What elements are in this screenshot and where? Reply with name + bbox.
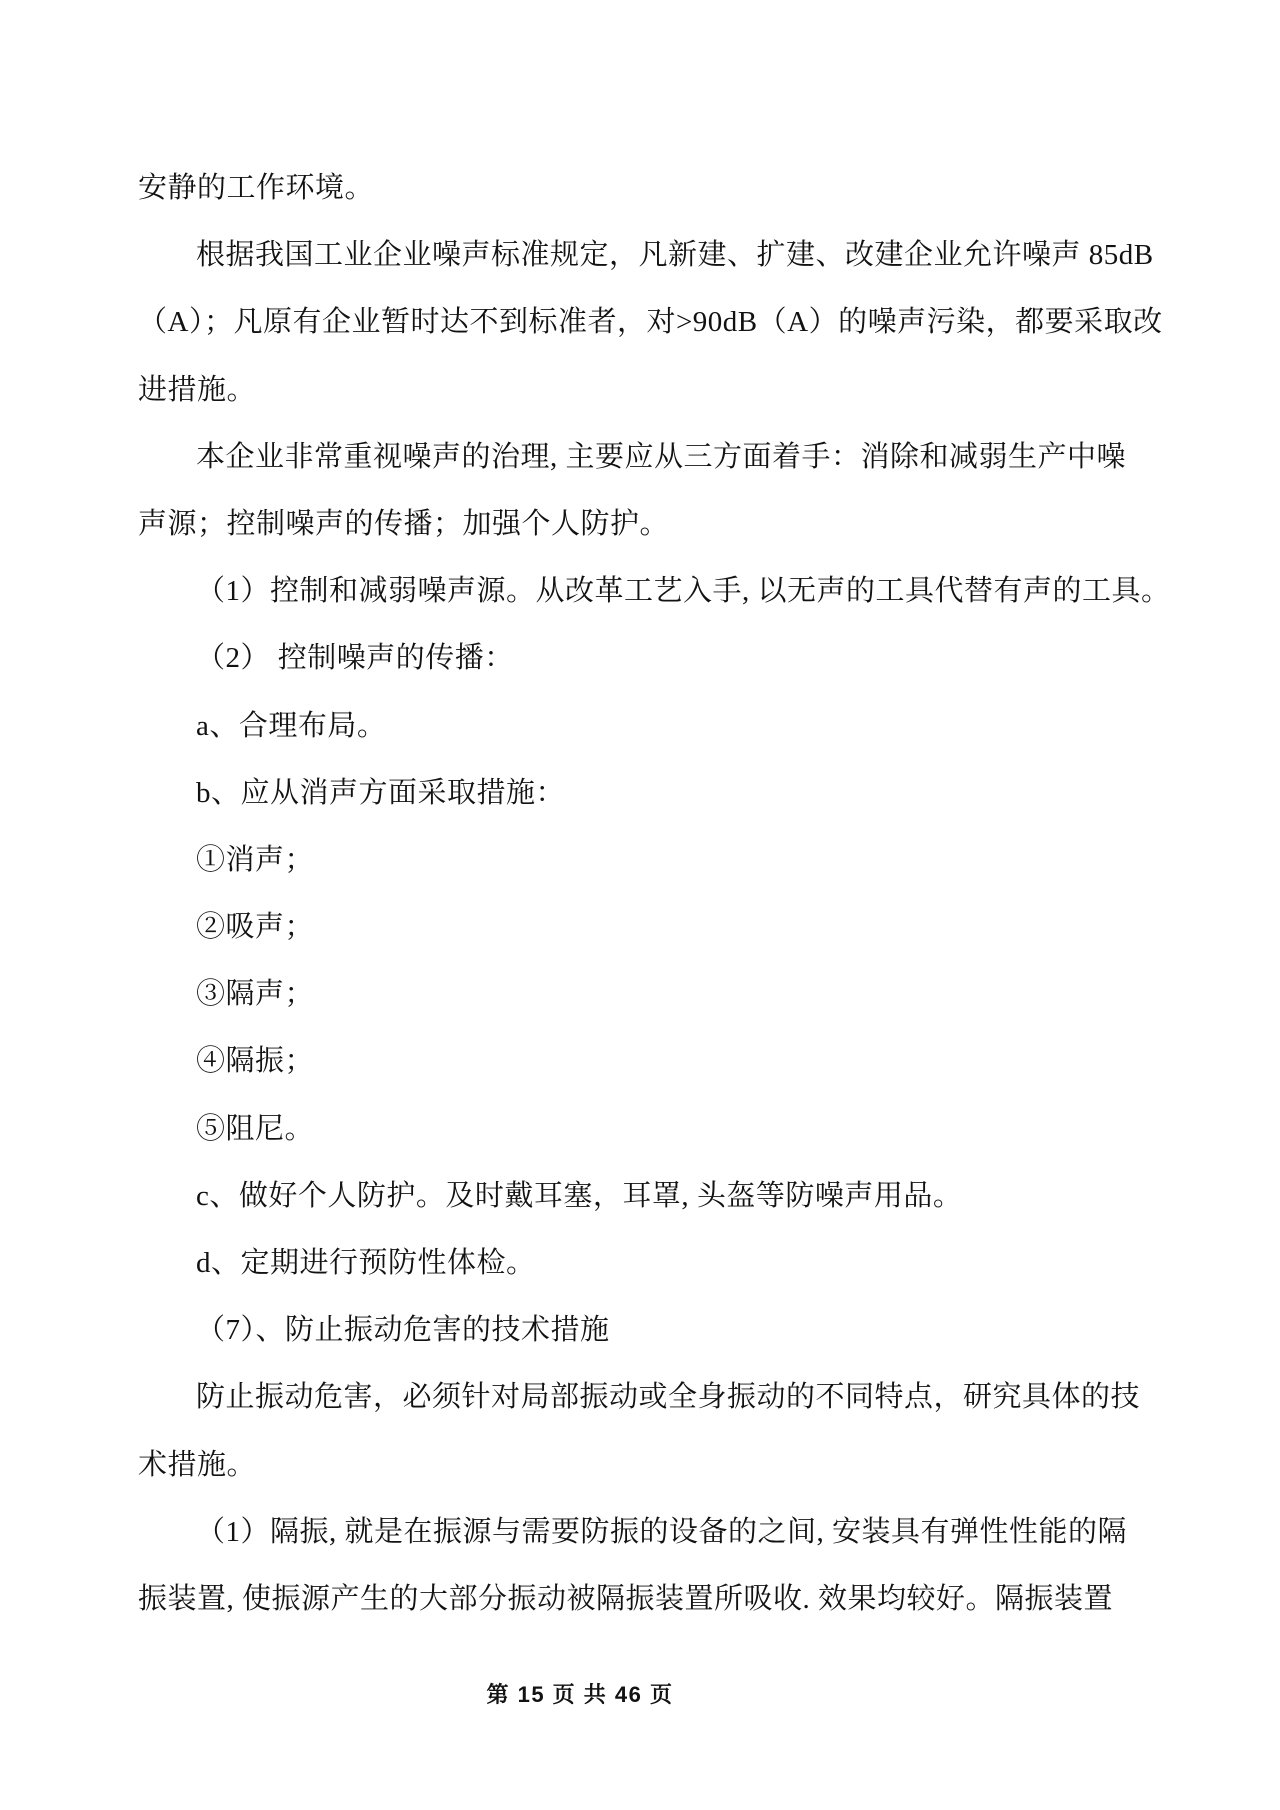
text-line: （1）控制和减弱噪声源。从改革工艺入手, 以无声的工具代替有声的工具。 xyxy=(138,558,1153,625)
text-line: ④隔振； xyxy=(138,1028,1153,1095)
page-footer: 第 15 页 共 46 页 xyxy=(0,1678,1160,1709)
text-line: 本企业非常重视噪声的治理, 主要应从三方面着手：消除和减弱生产中噪 xyxy=(138,424,1153,491)
document-page: 安静的工作环境。根据我国工业企业噪声标准规定，凡新建、扩建、改建企业允许噪声 8… xyxy=(0,0,1280,1810)
text-line: 安静的工作环境。 xyxy=(138,155,1153,222)
text-line: 防止振动危害，必须针对局部振动或全身振动的不同特点，研究具体的技 xyxy=(138,1364,1153,1431)
text-line: ①消声； xyxy=(138,827,1153,894)
text-line: a、合理布局。 xyxy=(138,693,1153,760)
text-line: ②吸声； xyxy=(138,894,1153,961)
text-line: d、定期进行预防性体检。 xyxy=(138,1230,1153,1297)
text-line: c、做好个人防护。及时戴耳塞，耳罩, 头盔等防噪声用品。 xyxy=(138,1163,1153,1230)
text-line: 声源；控制噪声的传播；加强个人防护。 xyxy=(138,491,1153,558)
text-line: （2） 控制噪声的传播： xyxy=(138,625,1153,692)
document-body: 安静的工作环境。根据我国工业企业噪声标准规定，凡新建、扩建、改建企业允许噪声 8… xyxy=(138,155,1153,1633)
text-line: 振装置, 使振源产生的大部分振动被隔振装置所吸收. 效果均较好。隔振装置 xyxy=(138,1566,1153,1633)
text-line: ⑤阻尼。 xyxy=(138,1096,1153,1163)
text-line: 进措施。 xyxy=(138,357,1153,424)
text-line: b、应从消声方面采取措施： xyxy=(138,760,1153,827)
text-line: 根据我国工业企业噪声标准规定，凡新建、扩建、改建企业允许噪声 85dB xyxy=(138,222,1153,289)
text-line: （7）、防止振动危害的技术措施 xyxy=(138,1297,1153,1364)
text-line: ③隔声； xyxy=(138,961,1153,1028)
text-line: （A）；凡原有企业暂时达不到标准者，对>90dB（A）的噪声污染，都要采取改 xyxy=(138,289,1153,356)
text-line: 术措施。 xyxy=(138,1432,1153,1499)
text-line: （1）隔振, 就是在振源与需要防振的设备的之间, 安装具有弹性性能的隔 xyxy=(138,1499,1153,1566)
